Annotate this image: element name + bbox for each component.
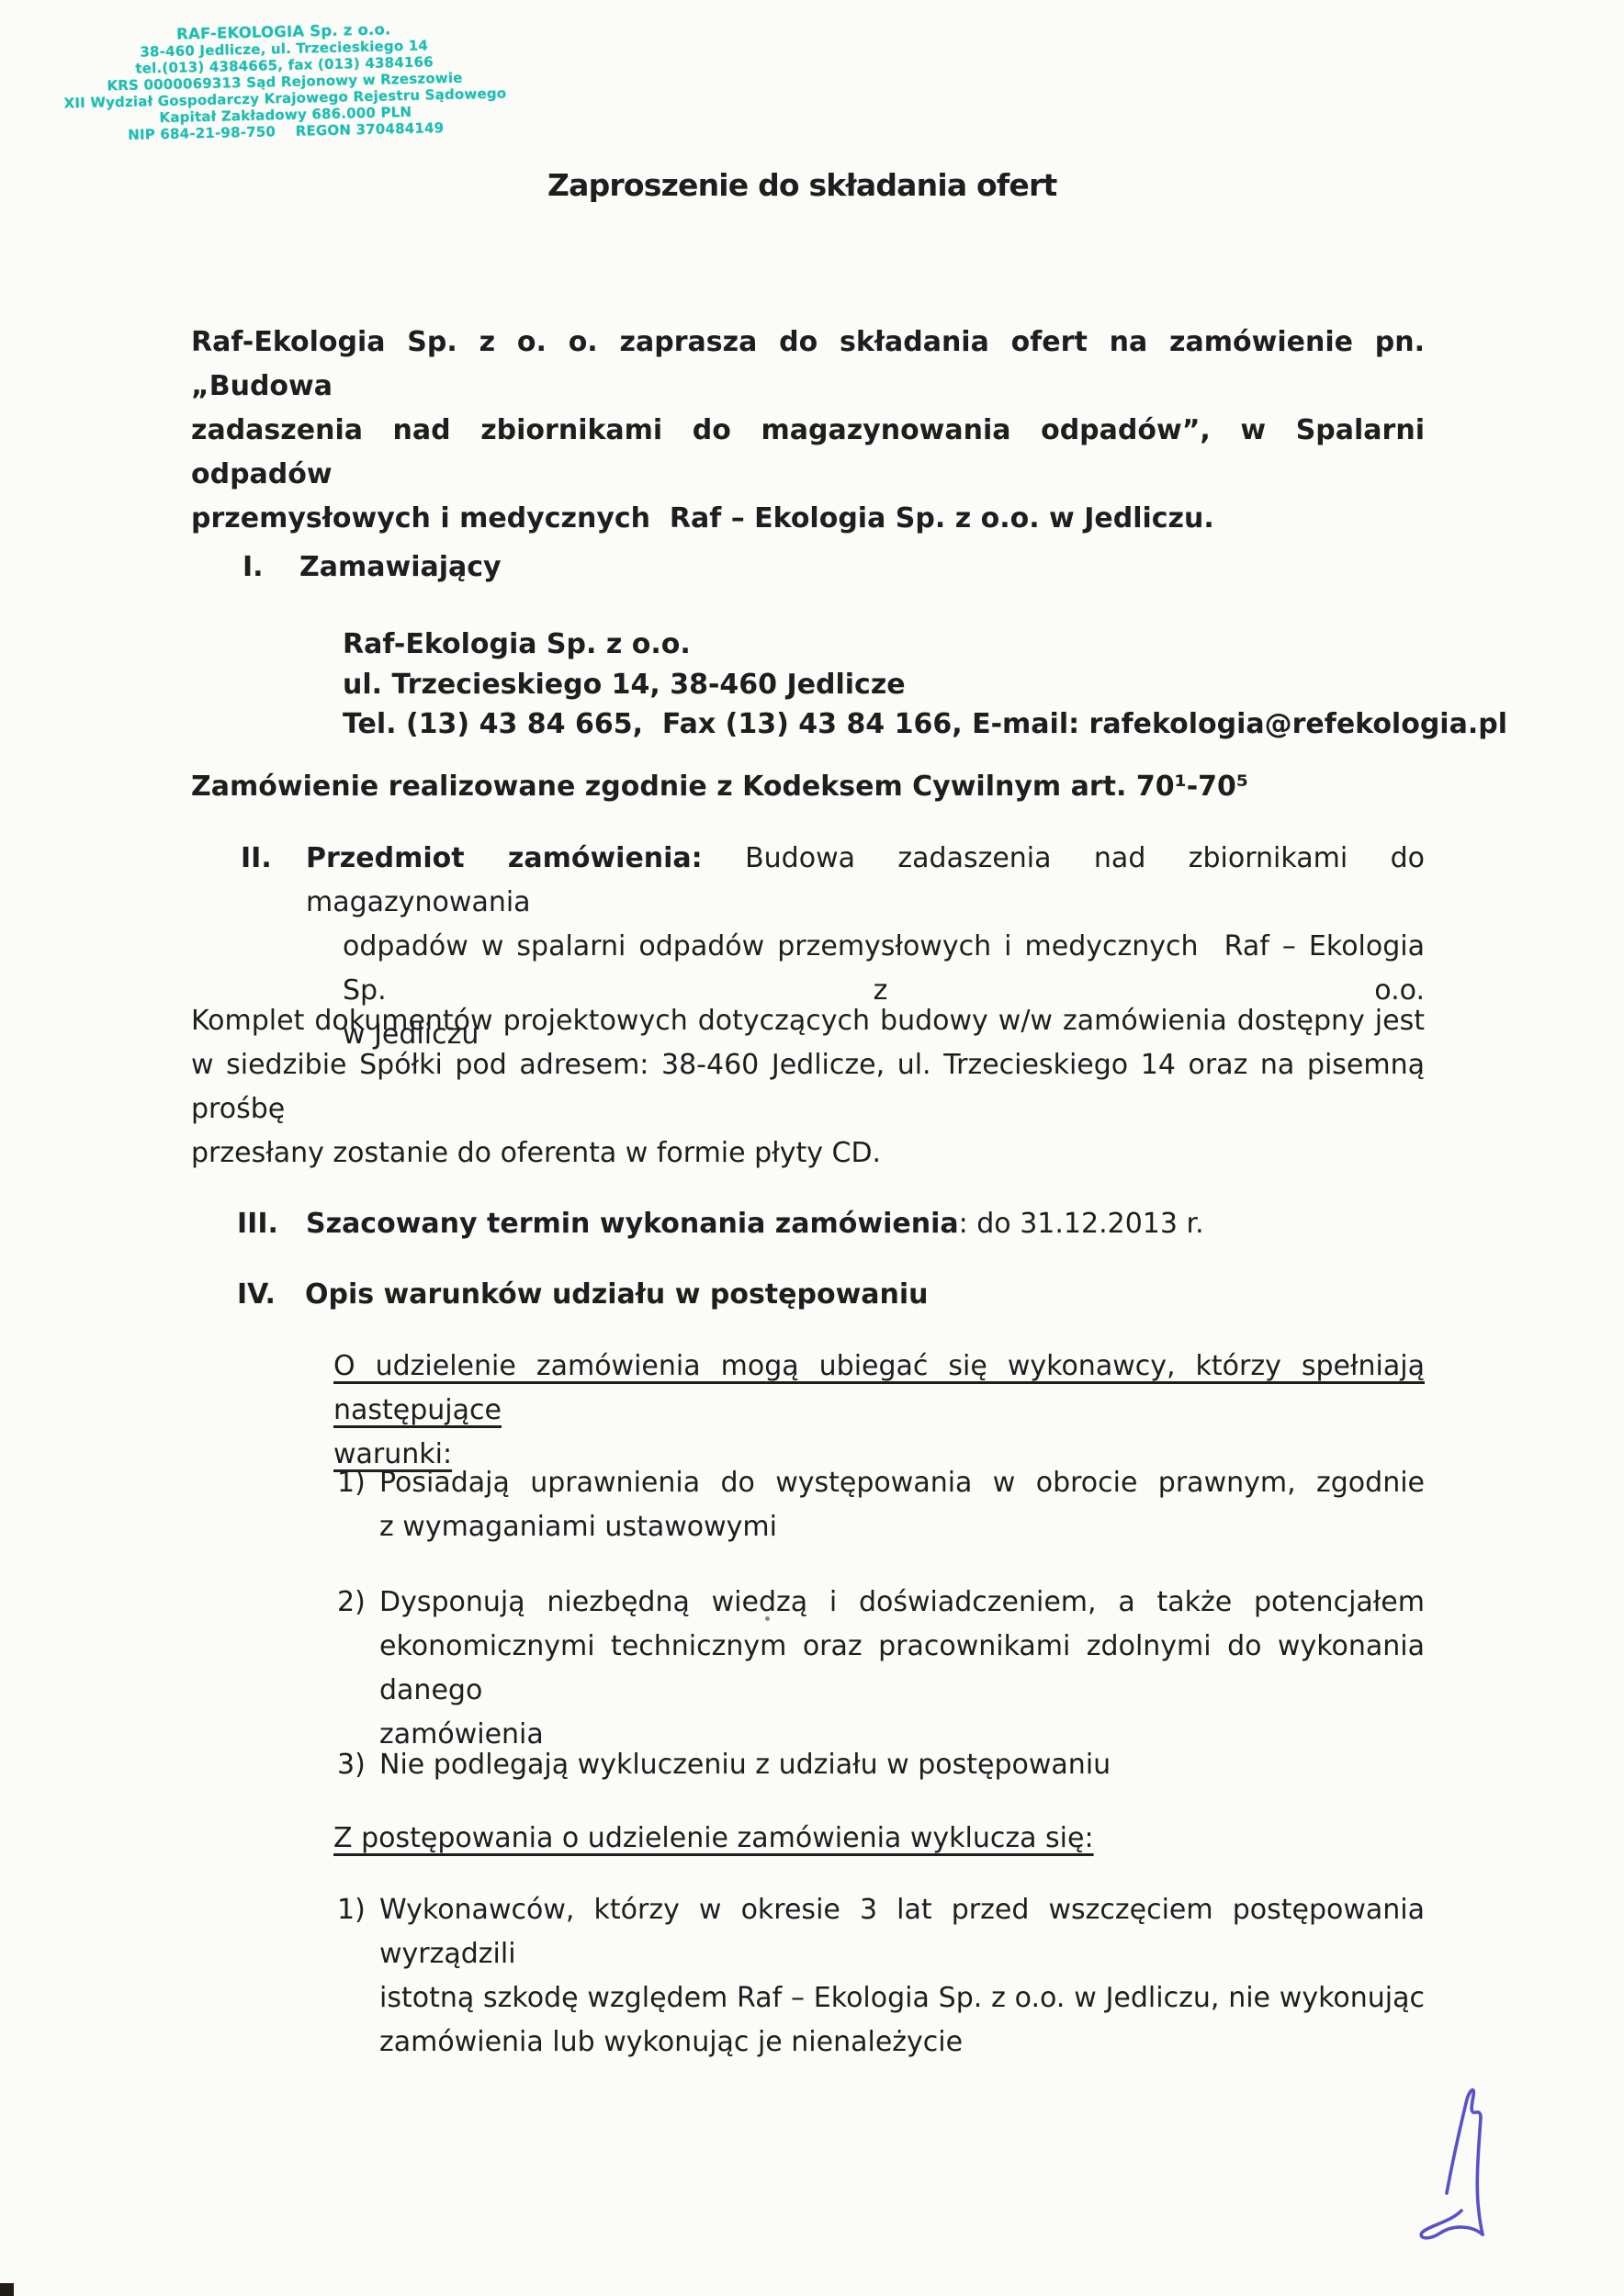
exclusion-1-line: zamówienia lub wykonując je nienależycie xyxy=(379,2020,1425,2065)
document-title: Zaproszenie do składania ofert xyxy=(547,167,1056,204)
section-ii-label: Przedmiot zamówienia: xyxy=(306,842,703,874)
condition-1-number: 1) xyxy=(337,1461,366,1505)
orderer-address-block: Raf-Ekologia Sp. z o.o. ul. Trzecieskieg… xyxy=(343,625,1507,745)
condition-3-number: 3) xyxy=(337,1743,366,1787)
condition-2: Dysponują niezbędną wiedzą i doświadczen… xyxy=(379,1581,1425,1757)
komplet-line: przesłany zostanie do oferenta w formie … xyxy=(191,1131,1425,1176)
intro-line: przemysłowych i medycznych Raf – Ekologi… xyxy=(191,497,1425,541)
conditions-intro-line: O udzielenie zamówienia mogą ubiegać się… xyxy=(333,1345,1425,1433)
section-iv-numeral: IV. xyxy=(237,1273,276,1317)
exclusions-heading: Z postępowania o udzielenie zamówienia w… xyxy=(333,1817,1094,1861)
section-ii-numeral: II. xyxy=(241,837,272,881)
handwritten-signature xyxy=(1369,2057,1525,2268)
scan-corner-artifact xyxy=(0,2283,14,2296)
civil-code-note: Zamówienie realizowane zgodnie z Kodekse… xyxy=(191,765,1248,809)
section-iii-deadline: : do 31.12.2013 r. xyxy=(959,1208,1204,1240)
section-ii-line: Przedmiot zamówienia: Budowa zadaszenia … xyxy=(306,837,1425,925)
exclusion-1-number: 1) xyxy=(337,1888,366,1932)
condition-3: Nie podlegają wykluczeniu z udziału w po… xyxy=(379,1743,1425,1787)
condition-1-line: Posiadają uprawnienia do występowania w … xyxy=(379,1461,1425,1505)
section-iv-heading: Opis warunków udziału w postępowaniu xyxy=(305,1273,929,1317)
orderer-name: Raf-Ekologia Sp. z o.o. xyxy=(343,625,1507,665)
komplet-line: w siedzibie Spółki pod adresem: 38-460 J… xyxy=(191,1043,1425,1131)
intro-paragraph: Raf-Ekologia Sp. z o. o. zaprasza do skł… xyxy=(191,321,1425,541)
exclusion-1: Wykonawców, którzy w okresie 3 lat przed… xyxy=(379,1888,1425,2065)
intro-line: zadaszenia nad zbiornikami do magazynowa… xyxy=(191,409,1425,497)
orderer-contact: Tel. (13) 43 84 665, Fax (13) 43 84 166,… xyxy=(343,704,1507,745)
signature-right-stroke xyxy=(1477,2118,1483,2234)
exclusion-1-line: Wykonawców, którzy w okresie 3 lat przed… xyxy=(379,1888,1425,1976)
signature-left-stroke xyxy=(1447,2090,1481,2193)
signature-flourish xyxy=(1421,2211,1483,2238)
condition-1: Posiadają uprawnienia do występowania w … xyxy=(379,1461,1425,1549)
section-i-numeral: I. xyxy=(242,546,264,590)
condition-2-number: 2) xyxy=(337,1581,366,1625)
condition-2-line: ekonomicznymi technicznym oraz pracownik… xyxy=(379,1625,1425,1713)
ink-dot-artifact xyxy=(765,1616,770,1621)
section-i-heading: Zamawiający xyxy=(299,546,502,590)
condition-2-line: Dysponują niezbędną wiedzą i doświadczen… xyxy=(379,1581,1425,1625)
komplet-line: Komplet dokumentów projektowych dotycząc… xyxy=(191,999,1425,1043)
conditions-intro: O udzielenie zamówienia mogą ubiegać się… xyxy=(333,1345,1425,1477)
section-iii-heading: Szacowany termin wykonania zamówienia: d… xyxy=(306,1202,1204,1246)
orderer-street: ul. Trzecieskiego 14, 38-460 Jedlicze xyxy=(343,665,1507,705)
section-iii-numeral: III. xyxy=(237,1202,278,1246)
company-stamp: RAF-EKOLOGIA Sp. z o.o. 38-460 Jedlicze,… xyxy=(58,15,513,144)
intro-line: Raf-Ekologia Sp. z o. o. zaprasza do skł… xyxy=(191,321,1425,409)
exclusion-1-line: istotną szkodę względem Raf – Ekologia S… xyxy=(379,1976,1425,2020)
documents-availability-paragraph: Komplet dokumentów projektowych dotycząc… xyxy=(191,999,1425,1176)
condition-1-line: z wymaganiami ustawowymi xyxy=(379,1505,1425,1549)
scanned-document-page: RAF-EKOLOGIA Sp. z o.o. 38-460 Jedlicze,… xyxy=(0,0,1624,2296)
condition-3-line: Nie podlegają wykluczeniu z udziału w po… xyxy=(379,1743,1425,1787)
section-iii-label: Szacowany termin wykonania zamówienia xyxy=(306,1208,959,1240)
